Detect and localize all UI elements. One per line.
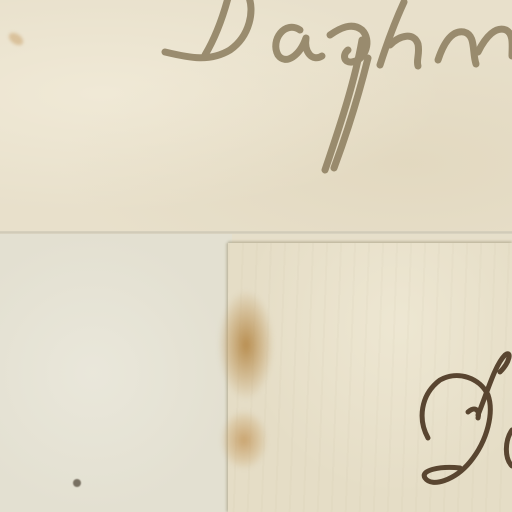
- lower-handwriting: Do: [0, 0, 512, 512]
